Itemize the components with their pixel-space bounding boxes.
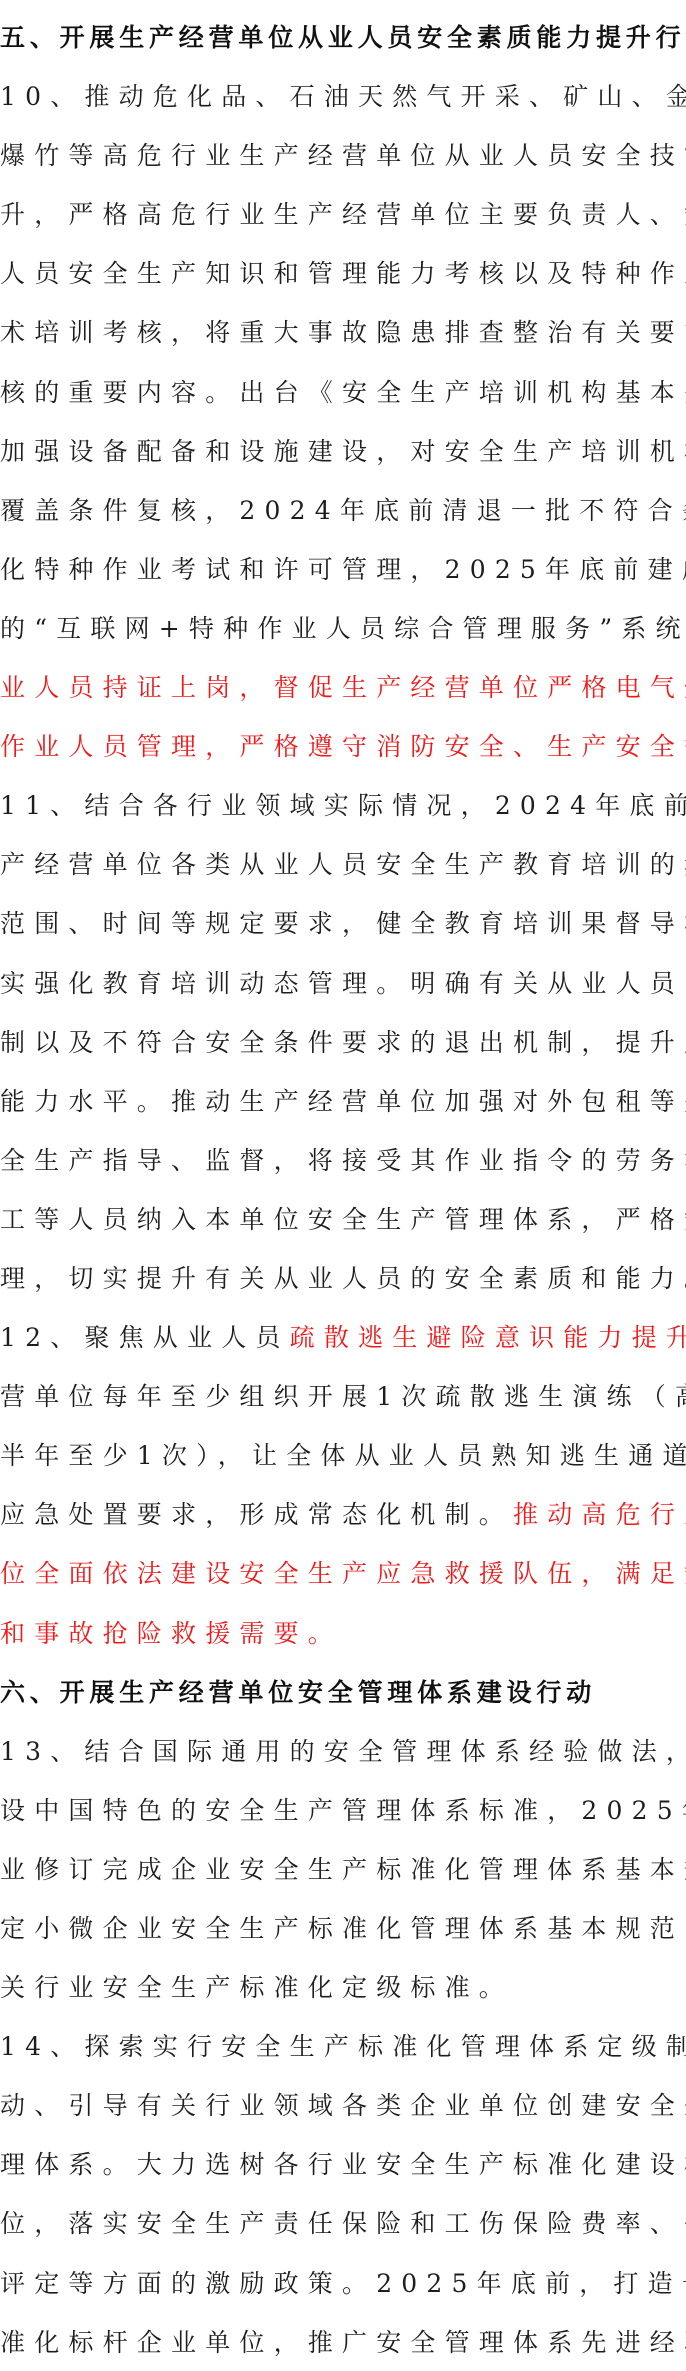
body-text: 的“互联网+特种作业人员综合管理服务”系统， xyxy=(0,614,686,643)
body-text: 范围、时间等规定要求，健全教育培训果督导检查机制，切 xyxy=(0,909,686,938)
paragraph-item-10: 10、推动危化品、石油天然气开采、矿山、金属冶炼、烟花爆竹等高危行业生产经营单位… xyxy=(0,67,686,776)
text-line: 实强化教育培训动态管理。明确有关从业人员的安全准入机 xyxy=(0,954,686,1013)
text-line: 12、聚焦从业人员疏散逃生避险意识能力提升，推动生产经 xyxy=(0,1308,686,1367)
text-line: 能力水平。推动生产经营单位加强对外包租等关联单位的安 xyxy=(0,1072,686,1131)
highlighted-text: 疏散逃生避险意识能力提升， xyxy=(290,1323,686,1352)
text-line: 化特种作业考试和许可管理，2025年底前建成国家层面统一 xyxy=(0,540,686,599)
text-line: 范围、时间等规定要求，健全教育培训果督导检查机制，切 xyxy=(0,894,686,953)
body-text: 核的重要内容。出台《安全生产培训机构基本条件》标准， xyxy=(0,378,686,407)
text-line: 13、结合国际通用的安全管理体系经验做法，2024年试点建 xyxy=(0,1722,686,1781)
body-text: 位，落实安全生产责任保险和工伤保险费率、信贷信用等级 xyxy=(0,2209,686,2238)
body-text: 升，严格高危行业生产经营单位主要负责人、安全生产管理 xyxy=(0,200,686,229)
body-text: 产经营单位各类从业人员安全生产教育培训的频次、内容、 xyxy=(0,850,686,879)
highlighted-text: 和事故抢险救援需要。 xyxy=(0,1619,342,1648)
text-line: 理体系。大力选树各行业安全生产标准化建设标杆企业单 xyxy=(0,2135,686,2194)
body-text: 设中国特色的安全生产管理体系标准，2025年聚焦大中型企 xyxy=(0,1796,686,1825)
paragraph-item-13: 13、结合国际通用的安全管理体系经验做法，2024年试点建设中国特色的安全生产管… xyxy=(0,1722,686,2017)
body-text: 理，切实提升有关从业人员的安全素质和能力。 xyxy=(0,1264,686,1293)
body-text: 10、推动危化品、石油天然气开采、矿山、金属冶炼、烟花 xyxy=(0,82,686,111)
text-line: 工等人员纳入本单位安全生产管理体系，严格安全培训和管 xyxy=(0,1190,686,1249)
body-text: 准化标杆企业单位，推广安全管理体系先进经验。 xyxy=(0,2328,686,2357)
text-line: 营单位每年至少组织开展1次疏散逃生演练（高危行业领域每 xyxy=(0,1367,686,1426)
body-text: 11、结合各行业领域实际情况，2024年底前全面细化完善生 xyxy=(0,791,686,820)
body-text: 评定等方面的激励政策。2025年底前，打造一批安全生产标 xyxy=(0,2269,686,2298)
paragraph-item-14: 14、探索实行安全生产标准化管理体系定级制度，积极推动、引导有关行业领域各类企业… xyxy=(0,2017,686,2371)
highlighted-text: 作业人员管理，严格遵守消防安全、生产安全等操作规程。 xyxy=(0,732,686,761)
document-body: 五、开展生产经营单位从业人员安全素质能力提升行动10、推动危化品、石油天然气开采… xyxy=(0,8,686,2371)
section: 六、开展生产经营单位安全管理体系建设行动13、结合国际通用的安全管理体系经验做法… xyxy=(0,1663,686,2371)
section-heading: 六、开展生产经营单位安全管理体系建设行动 xyxy=(0,1663,686,1722)
body-text: 制以及不符合安全条件要求的退出机制，提升从业人员整体 xyxy=(0,1028,686,1057)
text-line: 升，严格高危行业生产经营单位主要负责人、安全生产管理 xyxy=(0,185,686,244)
text-line: 和事故抢险救援需要。 xyxy=(0,1604,686,1663)
body-text: 人员安全生产知识和管理能力考核以及特种作业人员安全技 xyxy=(0,259,686,288)
body-text: 爆竹等高危行业生产经营单位从业人员安全技能培训深化提 xyxy=(0,141,686,170)
text-line: 全生产指导、监督，将接受其作业指令的劳务派遣、灵活用 xyxy=(0,1131,686,1190)
text-line: 产经营单位各类从业人员安全生产教育培训的频次、内容、 xyxy=(0,835,686,894)
body-text: 全生产指导、监督，将接受其作业指令的劳务派遣、灵活用 xyxy=(0,1146,686,1175)
text-line: 核的重要内容。出台《安全生产培训机构基本条件》标准， xyxy=(0,363,686,422)
body-text: 能力水平。推动生产经营单位加强对外包租等关联单位的安 xyxy=(0,1087,686,1116)
text-line: 加强设备配备和设施建设，对安全生产培训机构进行一轮全 xyxy=(0,422,686,481)
body-text: 12、聚焦从业人员 xyxy=(0,1323,290,1352)
section-heading: 五、开展生产经营单位从业人员安全素质能力提升行动 xyxy=(0,8,686,67)
text-line: 应急处置要求，形成常态化机制。推动高危行业生产经营单 xyxy=(0,1485,686,1544)
body-text: 理体系。大力选树各行业安全生产标准化建设标杆企业单 xyxy=(0,2150,686,2179)
body-text: 术培训考核，将重大事故隐患排查整治有关要求作为培训考 xyxy=(0,318,686,347)
text-line: 半年至少1次），让全体从业人员熟知逃生通道、安全出口及 xyxy=(0,1426,686,1485)
body-text: 关行业安全生产标准化定级标准。 xyxy=(0,1973,513,2002)
highlighted-text: 业人员持证上岗，督促生产经营单位严格电气焊作业等特种 xyxy=(0,673,686,702)
text-line: 定小微企业安全生产标准化管理体系基本规范，适时更新相 xyxy=(0,1899,686,1958)
text-line: 位，落实安全生产责任保险和工伤保险费率、信贷信用等级 xyxy=(0,2194,686,2253)
text-line: 人员安全生产知识和管理能力考核以及特种作业人员安全技 xyxy=(0,244,686,303)
text-line: 的“互联网+特种作业人员综合管理服务”系统，推动特种作 xyxy=(0,599,686,658)
text-line: 理，切实提升有关从业人员的安全素质和能力。 xyxy=(0,1249,686,1308)
text-line: 11、结合各行业领域实际情况，2024年底前全面细化完善生 xyxy=(0,776,686,835)
text-line: 制以及不符合安全条件要求的退出机制，提升从业人员整体 xyxy=(0,1013,686,1072)
body-text: 应急处置要求，形成常态化机制。 xyxy=(0,1500,513,1529)
body-text: 工等人员纳入本单位安全生产管理体系，严格安全培训和管 xyxy=(0,1205,686,1234)
body-text: 业修订完成企业安全生产标准化管理体系基本规范，研究制 xyxy=(0,1855,686,1884)
body-text: 覆盖条件复核，2024年底前清退一批不符合条件的机构。优 xyxy=(0,496,686,525)
text-line: 业修订完成企业安全生产标准化管理体系基本规范，研究制 xyxy=(0,1840,686,1899)
text-line: 业人员持证上岗，督促生产经营单位严格电气焊作业等特种 xyxy=(0,658,686,717)
body-text: 加强设备配备和设施建设，对安全生产培训机构进行一轮全 xyxy=(0,437,686,466)
text-line: 爆竹等高危行业生产经营单位从业人员安全技能培训深化提 xyxy=(0,126,686,185)
text-line: 设中国特色的安全生产管理体系标准，2025年聚焦大中型企 xyxy=(0,1781,686,1840)
body-text: 半年至少1次），让全体从业人员熟知逃生通道、安全出口及 xyxy=(0,1441,686,1470)
text-line: 位全面依法建设安全生产应急救援队伍，满足安全风险防范 xyxy=(0,1544,686,1603)
section: 五、开展生产经营单位从业人员安全素质能力提升行动10、推动危化品、石油天然气开采… xyxy=(0,8,686,1663)
body-text: 营单位每年至少组织开展1次疏散逃生演练（高危行业领域每 xyxy=(0,1382,686,1411)
text-line: 作业人员管理，严格遵守消防安全、生产安全等操作规程。 xyxy=(0,717,686,776)
text-line: 关行业安全生产标准化定级标准。 xyxy=(0,1958,686,2017)
body-text: 动、引导有关行业领域各类企业单位创建安全生产标准化管 xyxy=(0,2091,686,2120)
body-text: 14、探索实行安全生产标准化管理体系定级制度，积极推 xyxy=(0,2032,686,2061)
highlighted-text: 位全面依法建设安全生产应急救援队伍，满足安全风险防范 xyxy=(0,1559,686,1588)
text-line: 10、推动危化品、石油天然气开采、矿山、金属冶炼、烟花 xyxy=(0,67,686,126)
body-text: 13、结合国际通用的安全管理体系经验做法，2024年试点建 xyxy=(0,1737,686,1766)
text-line: 术培训考核，将重大事故隐患排查整治有关要求作为培训考 xyxy=(0,303,686,362)
body-text: 化特种作业考试和许可管理，2025年底前建成国家层面统一 xyxy=(0,555,686,584)
body-text: 实强化教育培训动态管理。明确有关从业人员的安全准入机 xyxy=(0,969,686,998)
text-line: 评定等方面的激励政策。2025年底前，打造一批安全生产标 xyxy=(0,2254,686,2313)
highlighted-text: 推动高危行业生产经营单 xyxy=(513,1500,686,1529)
paragraph-item-11: 11、结合各行业领域实际情况，2024年底前全面细化完善生产经营单位各类从业人员… xyxy=(0,776,686,1308)
body-text: 定小微企业安全生产标准化管理体系基本规范，适时更新相 xyxy=(0,1914,686,1943)
text-line: 覆盖条件复核，2024年底前清退一批不符合条件的机构。优 xyxy=(0,481,686,540)
paragraph-item-12: 12、聚焦从业人员疏散逃生避险意识能力提升，推动生产经营单位每年至少组织开展1次… xyxy=(0,1308,686,1663)
text-line: 动、引导有关行业领域各类企业单位创建安全生产标准化管 xyxy=(0,2076,686,2135)
text-line: 14、探索实行安全生产标准化管理体系定级制度，积极推 xyxy=(0,2017,686,2076)
text-line: 准化标杆企业单位，推广安全管理体系先进经验。 xyxy=(0,2313,686,2371)
